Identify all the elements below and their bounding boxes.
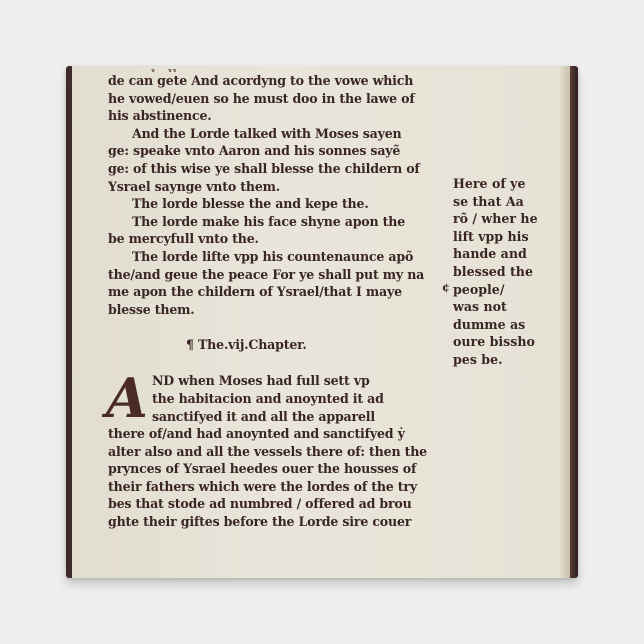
pilcrow-icon: ¶: [186, 337, 194, 352]
chapter-heading-text: The.vij.Chapter.: [198, 337, 307, 352]
text-line: be mercyfull vnto the.: [108, 230, 448, 248]
text-line: there of/and had anoynted and sanctifyed…: [108, 425, 448, 443]
text-line: The lorde make his face shyne apon the: [108, 213, 448, 231]
gloss-line: pes be.: [453, 351, 563, 369]
text-line: his abstinence.: [108, 107, 448, 125]
text-line: The lorde blesse the and kepe the.: [108, 195, 448, 213]
text-line: the/and geue the peace For ye shall put …: [108, 266, 448, 284]
right-binding-edge: [570, 66, 578, 578]
marginal-gloss: Here of ye se that Aa rõ / wher he lift …: [453, 175, 563, 369]
main-text-column: ... ye shall ye de can gete And acordyng…: [108, 66, 448, 531]
gloss-line: rõ / wher he: [453, 210, 563, 228]
text-line: bes that stode ad numbred / offered ad b…: [108, 495, 448, 513]
page-paper: ... ye shall ye de can gete And acordyng…: [72, 66, 570, 578]
text-line: me apon the childern of Ysrael/that I ma…: [108, 283, 448, 301]
text-line: ghte their giftes before the Lorde sire …: [108, 513, 448, 531]
gloss-line: oure bissho: [453, 333, 563, 351]
text-line: the habitacion and anoynted it ad: [108, 390, 448, 408]
decorated-initial-letter: A: [106, 372, 146, 424]
gloss-line: Here of ye: [453, 175, 563, 193]
gloss-line: people/: [453, 281, 563, 299]
text-line: Ysrael saynge vnto them.: [108, 178, 448, 196]
text-line: prynces of Ysrael heedes ouer the housse…: [108, 460, 448, 478]
chapter-opening: A ND when Moses had full sett vp the hab…: [108, 372, 448, 530]
text-line: ge: speake vnto Aaron and his sonnes say…: [108, 142, 448, 160]
text-line: sanctifyed it and all the apparell: [108, 408, 448, 426]
text-line: ge: of this wise ye shall blesse the chi…: [108, 160, 448, 178]
text-line: he vowed/euen so he must doo in the lawe…: [108, 90, 448, 108]
text-line: The lorde lifte vpp his countenaunce apõ: [108, 248, 448, 266]
chapter-heading: ¶ The.vij.Chapter.: [108, 336, 448, 360]
text-line: ND when Moses had full sett vp: [108, 372, 448, 390]
book-page-tile: ... ye shall ye de can gete And acordyng…: [66, 66, 578, 578]
page-edge-shading: [560, 66, 570, 578]
gloss-line: lift vpp his: [453, 228, 563, 246]
gloss-line: hande and: [453, 245, 563, 263]
gloss-line: blessed the: [453, 263, 563, 281]
text-line: blesse them.: [108, 301, 448, 319]
gloss-line: was not: [453, 298, 563, 316]
partial-top-line: ... ye shall ye: [108, 66, 448, 72]
gloss-line: se that Aa: [453, 193, 563, 211]
text-line: alter also and all the vessels there of:…: [108, 443, 448, 461]
gloss-reference-mark: ¢: [442, 281, 450, 294]
gloss-line: dumme as: [453, 316, 563, 334]
text-line: de can gete And acordyng to the vowe whi…: [108, 72, 448, 90]
text-line: And the Lorde talked with Moses sayen: [108, 125, 448, 143]
text-line: their fathers which were the lordes of t…: [108, 478, 448, 496]
